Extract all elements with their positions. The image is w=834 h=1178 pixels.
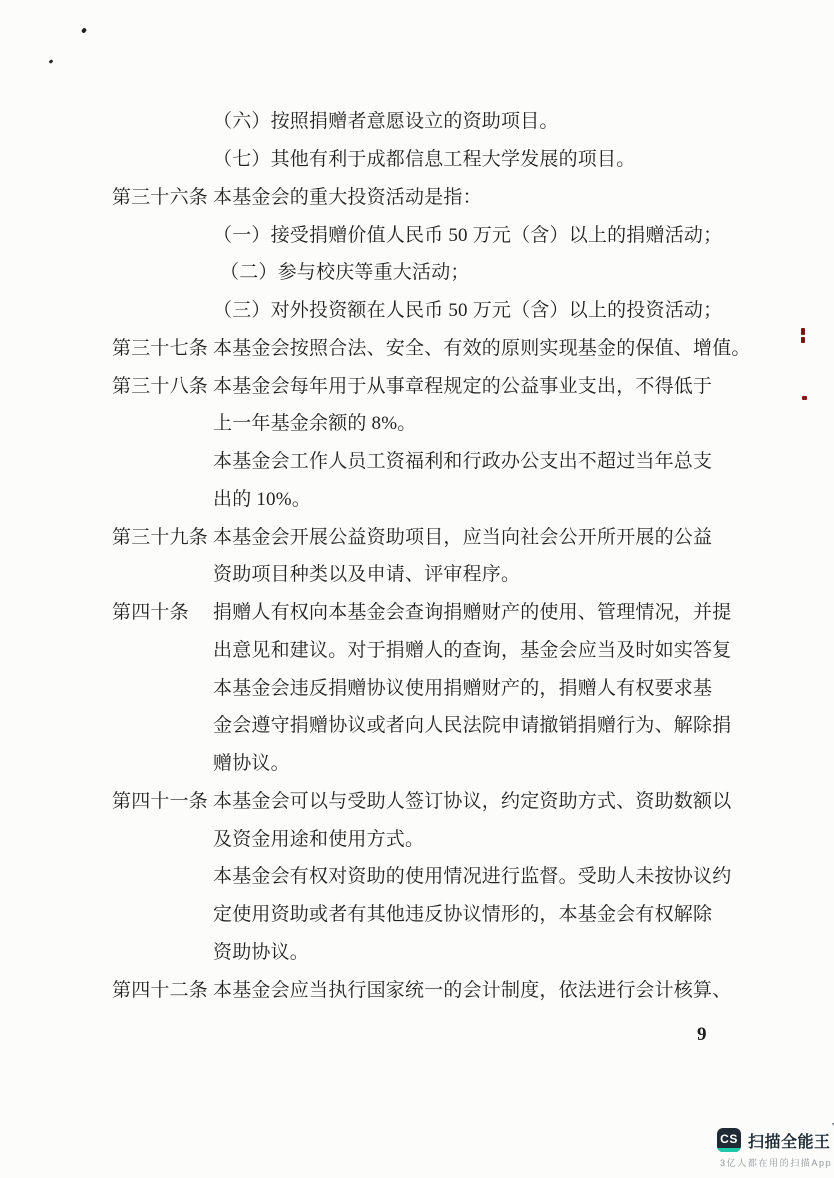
line-text: 资助协议。 — [213, 937, 309, 964]
document-line: （一）接受捐赠价值人民币 50 万元（含）以上的捐赠活动； — [112, 214, 772, 252]
line-text: （二）参与校庆等重大活动； — [220, 257, 470, 284]
line-text: 及资金用途和使用方式。 — [213, 824, 424, 851]
scan-speck-top-left-2 — [49, 59, 54, 64]
camscanner-app-name: 扫描全能王™ — [748, 1129, 834, 1152]
camscanner-tagline: 3亿人都在用的扫描App — [717, 1156, 831, 1169]
scan-red-mark-right-1 — [801, 328, 805, 335]
line-text: （六）按照捐赠者意愿设立的资助项目。 — [213, 106, 559, 133]
scanned-document-page: （六）按照捐赠者意愿设立的资助项目。 （七）其他有利于成都信息工程大学发展的项目… — [0, 0, 834, 1178]
article-label: 第四十一条 — [112, 786, 213, 813]
line-text: 本基金会开展公益资助项目，应当向社会公开所开展的公益 — [213, 522, 712, 549]
document-line: 资助项目种类以及申请、评审程序。 — [112, 554, 772, 592]
document-line: 第四十一条 本基金会可以与受助人签订协议，约定资助方式、资助数额以 — [112, 781, 772, 819]
article-label: 第三十九条 — [112, 522, 213, 549]
document-line: （七）其他有利于成都信息工程大学发展的项目。 — [112, 139, 772, 177]
line-text: 本基金会有权对资助的使用情况进行监督。受助人未按协议约 — [213, 861, 731, 888]
line-text: 上一年基金余额的 8%。 — [213, 408, 416, 435]
document-line: 本基金会违反捐赠协议使用捐赠财产的，捐赠人有权要求基 — [112, 667, 772, 705]
camscanner-badge-accent-bar — [717, 1148, 741, 1152]
line-text: 本基金会违反捐赠协议使用捐赠财产的，捐赠人有权要求基 — [213, 673, 712, 700]
article-label: 第三十六条 — [112, 182, 213, 209]
document-line: 本基金会有权对资助的使用情况进行监督。受助人未按协议约 — [112, 856, 772, 894]
document-line: 本基金会工作人员工资福利和行政办公支出不超过当年总支 — [112, 441, 772, 479]
line-text: 本基金会可以与受助人签订协议，约定资助方式、资助数额以 — [213, 786, 731, 813]
document-line: 出意见和建议。对于捐赠人的查询，基金会应当及时如实答复 — [112, 630, 772, 668]
document-line: 第三十六条 本基金会的重大投资活动是指： — [112, 177, 772, 215]
article-label: 第四十条 — [112, 597, 213, 624]
line-text: 赠协议。 — [213, 748, 290, 775]
document-line: 出的 10%。 — [112, 479, 772, 517]
camscanner-watermark-row: CS 扫描全能王™ — [717, 1128, 831, 1152]
line-text: （三）对外投资额在人民币 50 万元（含）以上的投资活动； — [213, 295, 722, 322]
document-body: （六）按照捐赠者意愿设立的资助项目。 （七）其他有利于成都信息工程大学发展的项目… — [112, 101, 772, 1007]
document-line: 第三十七条 本基金会按照合法、安全、有效的原则实现基金的保值、增值。 — [112, 328, 772, 366]
camscanner-app-name-text: 扫描全能王 — [748, 1134, 831, 1151]
page-number: 9 — [697, 1024, 707, 1046]
line-text: 本基金会的重大投资活动是指： — [213, 182, 482, 209]
line-text: 资助项目种类以及申请、评审程序。 — [213, 559, 520, 586]
document-line: 第四十二条 本基金会应当执行国家统一的会计制度，依法进行会计核算、 — [112, 969, 772, 1007]
line-text: 本基金会按照合法、安全、有效的原则实现基金的保值、增值。 — [213, 333, 751, 360]
line-text: 出意见和建议。对于捐赠人的查询，基金会应当及时如实答复 — [213, 635, 731, 662]
document-line: 赠协议。 — [112, 743, 772, 781]
camscanner-watermark: CS 扫描全能王™ 3亿人都在用的扫描App — [717, 1128, 831, 1169]
article-label: 第三十七条 — [112, 333, 213, 360]
document-line: （三）对外投资额在人民币 50 万元（含）以上的投资活动； — [112, 290, 772, 328]
line-text: 本基金会工作人员工资福利和行政办公支出不超过当年总支 — [213, 446, 712, 473]
document-line: 定使用资助或者有其他违反协议情形的，本基金会有权解除 — [112, 894, 772, 932]
article-label: 第四十二条 — [112, 975, 213, 1002]
scan-red-mark-right-3 — [802, 396, 807, 400]
document-line: （六）按照捐赠者意愿设立的资助项目。 — [112, 101, 772, 139]
document-line: 第四十条 捐赠人有权向本基金会查询捐赠财产的使用、管理情况，并提 — [112, 592, 772, 630]
document-line: 金会遵守捐赠协议或者向人民法院申请撤销捐赠行为、解除捐 — [112, 705, 772, 743]
scan-speck-top-left-1 — [81, 27, 87, 33]
line-text: 本基金会每年用于从事章程规定的公益事业支出，不得低于 — [213, 371, 712, 398]
line-text: 金会遵守捐赠协议或者向人民法院申请撤销捐赠行为、解除捐 — [213, 710, 731, 737]
line-text: （七）其他有利于成都信息工程大学发展的项目。 — [213, 144, 635, 171]
document-line: 上一年基金余额的 8%。 — [112, 403, 772, 441]
line-text: 定使用资助或者有其他违反协议情形的，本基金会有权解除 — [213, 899, 712, 926]
camscanner-logo-icon: CS — [717, 1128, 741, 1152]
document-line: （二）参与校庆等重大活动； — [112, 252, 772, 290]
scan-red-mark-right-2 — [801, 337, 805, 343]
line-text: 本基金会应当执行国家统一的会计制度，依法进行会计核算、 — [213, 975, 731, 1002]
document-line: 第三十九条 本基金会开展公益资助项目，应当向社会公开所开展的公益 — [112, 516, 772, 554]
document-line: 资助协议。 — [112, 932, 772, 970]
line-text: 出的 10%。 — [213, 484, 311, 511]
document-line: 第三十八条 本基金会每年用于从事章程规定的公益事业支出，不得低于 — [112, 365, 772, 403]
line-text: （一）接受捐赠价值人民币 50 万元（含）以上的捐赠活动； — [213, 220, 722, 247]
line-text: 捐赠人有权向本基金会查询捐赠财产的使用、管理情况，并提 — [213, 597, 731, 624]
document-line: 及资金用途和使用方式。 — [112, 818, 772, 856]
camscanner-badge-label: CS — [720, 1133, 738, 1145]
article-label: 第三十八条 — [112, 371, 213, 398]
